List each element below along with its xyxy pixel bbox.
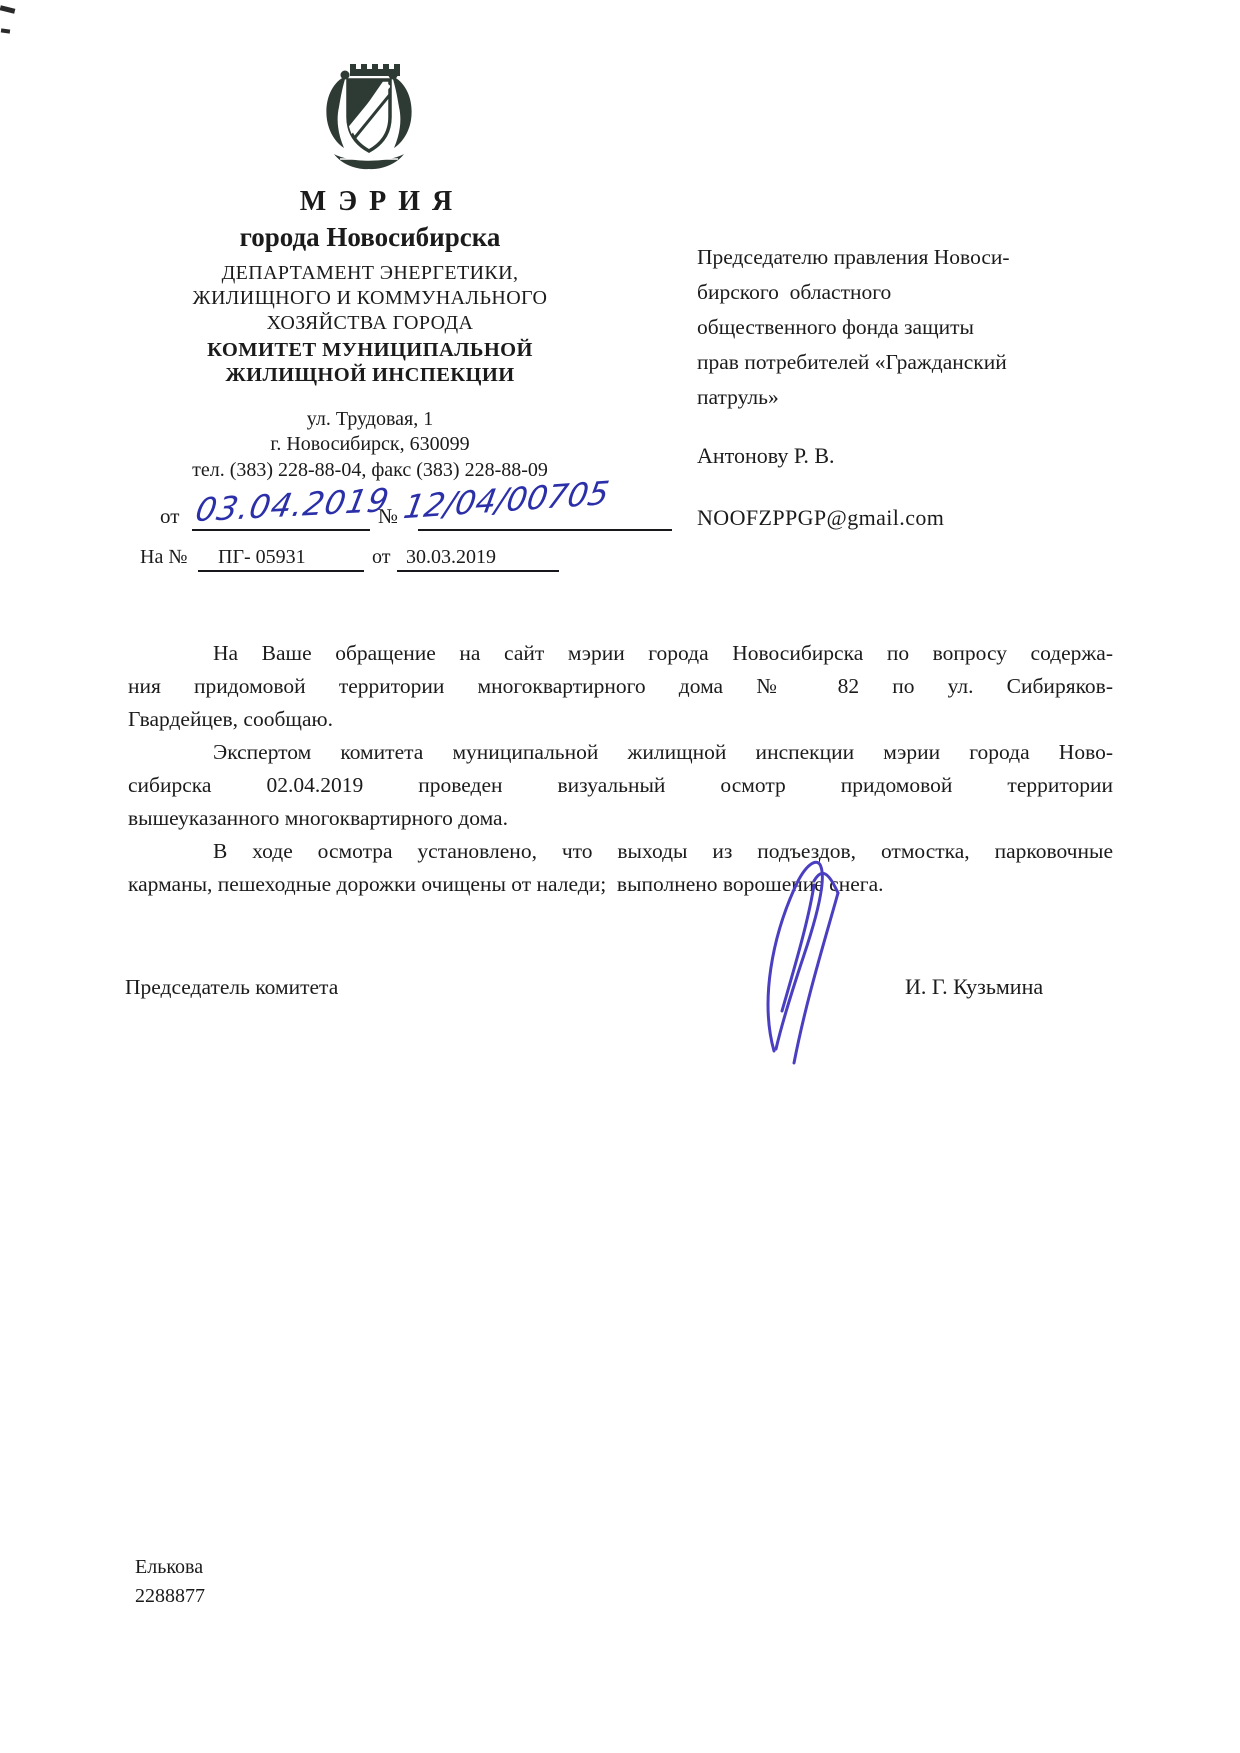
incoming-ref-date: 30.03.2019 xyxy=(406,546,496,569)
recipient-block: Председателю правления Новоси- бирского … xyxy=(697,240,1037,415)
recipient-line: бирского областного xyxy=(697,275,1037,310)
body-line: ния придомовой территории многоквартирно… xyxy=(128,670,1113,703)
org-title: МЭРИЯ xyxy=(120,186,632,218)
novosibirsk-coat-of-arms-icon xyxy=(315,60,421,172)
outgoing-date-handwritten: 03.04.2019 xyxy=(192,481,392,530)
incoming-ref-label: На № xyxy=(140,546,187,569)
body-line: Экспертом комитета муниципальной жилищно… xyxy=(128,736,1113,769)
recipient-line: общественного фонда защиты xyxy=(697,310,1037,345)
executor-phone: 2288877 xyxy=(135,1582,205,1611)
outgoing-from-label: от xyxy=(160,504,179,529)
outgoing-number-label: № xyxy=(378,504,398,529)
body-line: На Ваше обращение на сайт мэрии города Н… xyxy=(128,637,1113,670)
letter-body: На Ваше обращение на сайт мэрии города Н… xyxy=(128,637,1113,901)
signer-name: И. Г. Кузьмина xyxy=(905,974,1043,1000)
body-line: Гвардейцев, сообщаю. xyxy=(128,703,1113,736)
recipient-line: прав потребителей «Гражданский xyxy=(697,345,1037,380)
handwritten-signature-icon xyxy=(752,851,867,1066)
incoming-number-underline xyxy=(198,570,364,572)
recipient-name: Антонову Р. В. xyxy=(697,443,835,469)
department-line: ХОЗЯЙСТВА ГОРОДА xyxy=(120,312,620,335)
address-line: ул. Трудовая, 1 xyxy=(120,408,620,431)
org-subtitle: города Новосибирска xyxy=(120,222,620,253)
committee-line: ЖИЛИЩНОЙ ИНСПЕКЦИИ xyxy=(120,364,620,387)
executor-name: Елькова xyxy=(135,1553,205,1582)
body-line: карманы, пешеходные дорожки очищены от н… xyxy=(128,868,1113,901)
outgoing-number-underline xyxy=(418,529,672,531)
recipient-email: NOOFZPPGP@gmail.com xyxy=(697,505,944,531)
recipient-line: Председателю правления Новоси- xyxy=(697,240,1037,275)
incoming-from-label: от xyxy=(372,546,390,569)
body-line: В ходе осмотра установлено, что выходы и… xyxy=(128,835,1113,868)
signer-position-title: Председатель комитета xyxy=(125,975,338,1000)
committee-line: КОМИТЕТ МУНИЦИПАЛЬНОЙ xyxy=(120,339,620,362)
body-line: вышеуказанного многоквартирного дома. xyxy=(128,802,1113,835)
scan-artifact-mark xyxy=(1,28,10,33)
incoming-ref-number: ПГ- 05931 xyxy=(218,546,306,569)
department-line: ЖИЛИЩНОГО И КОММУНАЛЬНОГО xyxy=(120,287,620,310)
address-line: г. Новосибирск, 630099 xyxy=(120,433,620,456)
body-line: сибирска 02.04.2019 проведен визуальный … xyxy=(128,769,1113,802)
outgoing-date-underline xyxy=(192,529,370,531)
scan-artifact-mark xyxy=(0,5,15,13)
department-line: ДЕПАРТАМЕНТ ЭНЕРГЕТИКИ, xyxy=(120,262,620,285)
letter-page: МЭРИЯ города Новосибирска ДЕПАРТАМЕНТ ЭН… xyxy=(0,0,1240,1753)
incoming-date-underline xyxy=(397,570,559,572)
executor-block: Елькова 2288877 xyxy=(135,1553,205,1611)
recipient-line: патруль» xyxy=(697,380,1037,415)
